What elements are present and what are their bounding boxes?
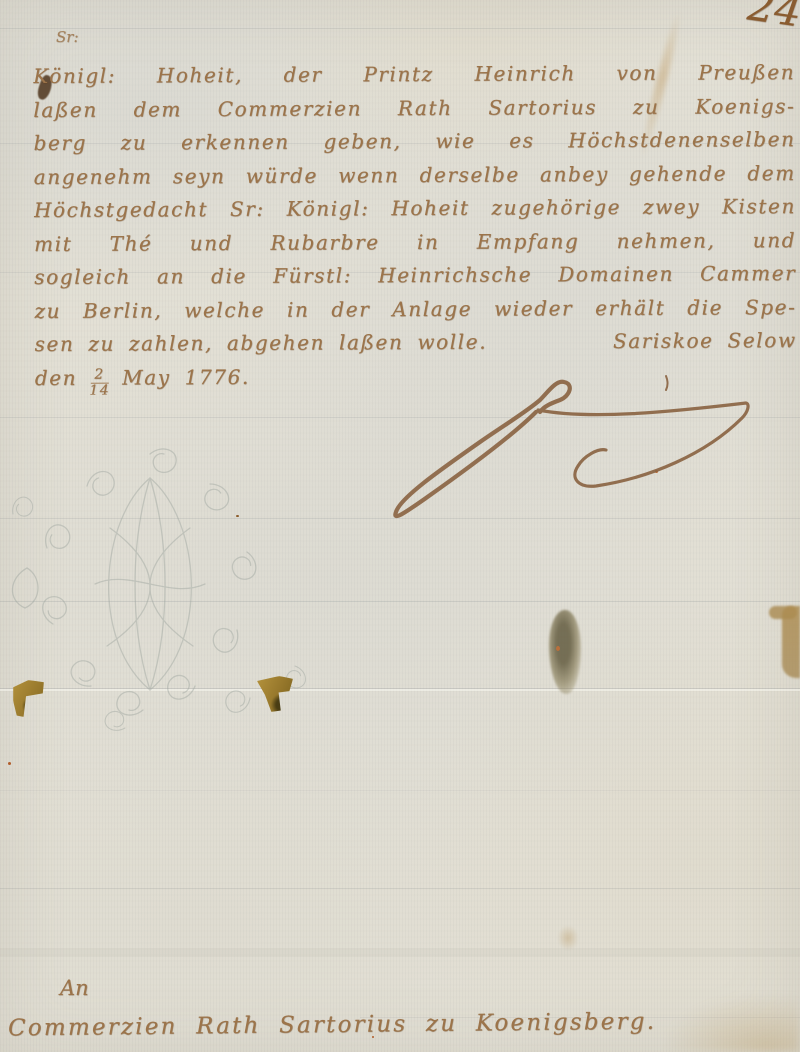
signature-tick: [666, 376, 668, 390]
manuscript-line: angenehm seyn würde wenn derselbe anbey …: [34, 157, 796, 194]
manuscript-line: mit Thé und Rubarbre in Empfang nehmen, …: [34, 224, 796, 261]
faint-stain: [558, 926, 578, 950]
letter-body: Königl: Hoheit, der Printz Heinrich von …: [33, 56, 797, 395]
superscript-abbreviation: Sr:: [56, 28, 79, 46]
line-end-text: sen zu zahlen, abgehen laßen wolle.: [35, 326, 488, 362]
manuscript-line: sen zu zahlen, abgehen laßen wolle. Sari…: [35, 324, 797, 361]
manuscript-line: berg zu erkennen geben, wie es Höchstden…: [33, 123, 795, 160]
manuscript-line: Königl: Hoheit, der Printz Heinrich von …: [33, 56, 795, 93]
manuscript-line: sogleich an die Fürstl: Heinrichsche Dom…: [34, 257, 796, 294]
date-denominator: 14: [89, 384, 110, 395]
manuscript-scan: 24 Sr: Königl: Hoheit, der Printz Heinri…: [0, 0, 800, 1052]
paper-speck: [8, 762, 11, 765]
date-numerator: 2: [90, 368, 109, 384]
ink-stain-blob: [549, 610, 581, 694]
signature-sweep-stroke: [538, 403, 748, 486]
manuscript-line: laßen dem Commerzien Rath Sartorius zu K…: [33, 90, 795, 127]
manuscript-line: zu Berlin, welche in der Anlage wieder e…: [34, 291, 796, 328]
paper-speck: [556, 646, 560, 651]
date-word: den: [35, 361, 78, 395]
date-rest: May 1776.: [122, 360, 250, 394]
signature-loop-stroke: [395, 382, 569, 516]
watermark-ornament: [0, 448, 345, 743]
edge-stain: [782, 606, 800, 678]
paper-speck: [236, 515, 239, 517]
corner-stain: [668, 996, 800, 1052]
date-fraction: 2 14: [89, 368, 110, 395]
address-salutation: An: [60, 976, 89, 1000]
place-name: Sariskoe Selow: [613, 324, 797, 358]
signature-flourish: [350, 370, 770, 540]
manuscript-line: Höchstgedacht Sr: Königl: Hoheit zugehör…: [34, 190, 796, 227]
